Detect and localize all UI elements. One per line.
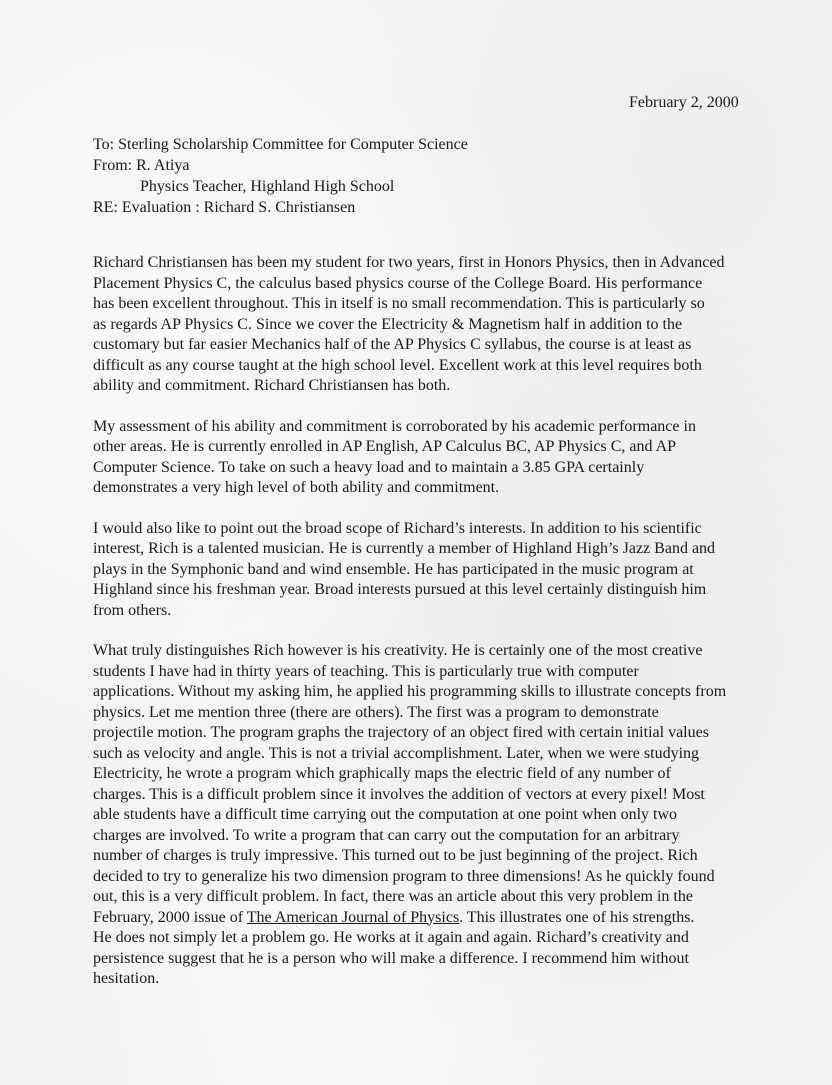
paragraph-line: decided to try to generalize his two dim… bbox=[93, 867, 753, 888]
paragraph-line: difficult as any course taught at the hi… bbox=[93, 356, 753, 377]
paragraph-line: from others. bbox=[93, 601, 753, 622]
journal-line-before: February, 2000 issue of bbox=[93, 909, 247, 926]
paragraph-line: charges. This is a difficult problem sin… bbox=[93, 785, 753, 806]
paragraph-line: Placement Physics C, the calculus based … bbox=[93, 274, 753, 295]
memo-from: From: R. Atiya bbox=[93, 155, 468, 176]
paragraph-line: What truly distinguishes Rich however is… bbox=[93, 641, 753, 662]
paragraph-line: Electricity, he wrote a program which gr… bbox=[93, 764, 753, 785]
paragraph-academics: My assessment of his ability and commitm… bbox=[93, 417, 753, 499]
letter-body: Richard Christiansen has been my student… bbox=[93, 253, 753, 1010]
paragraph-line: number of charges is truly impressive. T… bbox=[93, 846, 753, 867]
paragraph-line: He does not simply let a problem go. He … bbox=[93, 928, 753, 949]
journal-title: The American Journal of Physics bbox=[247, 909, 459, 926]
memo-from-title: Physics Teacher, Highland High School bbox=[93, 176, 468, 197]
paragraph-line: persistence suggest that he is a person … bbox=[93, 949, 753, 970]
paragraph-line: demonstrates a very high level of both a… bbox=[93, 478, 753, 499]
paragraph-line: Highland since his freshman year. Broad … bbox=[93, 580, 753, 601]
paragraph-line: plays in the Symphonic band and wind ens… bbox=[93, 560, 753, 581]
paragraph-line: customary but far easier Mechanics half … bbox=[93, 335, 753, 356]
memo-header: To: Sterling Scholarship Committee for C… bbox=[93, 134, 468, 218]
letter-page: February 2, 2000 To: Sterling Scholarshi… bbox=[0, 0, 832, 1085]
paragraph-line: other areas. He is currently enrolled in… bbox=[93, 437, 753, 458]
paragraph-interests: I would also like to point out the broad… bbox=[93, 519, 753, 622]
paragraph-line: out, this is a very difficult problem. I… bbox=[93, 887, 753, 908]
paragraph-performance: Richard Christiansen has been my student… bbox=[93, 253, 753, 397]
paragraph-line: interest, Rich is a talented musician. H… bbox=[93, 539, 753, 560]
paragraph-line: Richard Christiansen has been my student… bbox=[93, 253, 753, 274]
paragraph-line: applications. Without my asking him, he … bbox=[93, 682, 753, 703]
memo-re: RE: Evaluation : Richard S. Christiansen bbox=[93, 197, 468, 218]
journal-reference-line: February, 2000 issue of The American Jou… bbox=[93, 908, 753, 929]
paragraph-line: physics. Let me mention three (there are… bbox=[93, 703, 753, 724]
journal-line-after: . This illustrates one of his strengths. bbox=[459, 909, 694, 926]
paragraph-line: students I have had in thirty years of t… bbox=[93, 662, 753, 683]
paragraph-line: projectile motion. The program graphs th… bbox=[93, 723, 753, 744]
paragraph-line: charges are involved. To write a program… bbox=[93, 826, 753, 847]
paragraph-line: hesitation. bbox=[93, 969, 753, 990]
paragraph-line: My assessment of his ability and commitm… bbox=[93, 417, 753, 438]
paragraph-creativity: What truly distinguishes Rich however is… bbox=[93, 641, 753, 990]
paragraph-line: such as velocity and angle. This is not … bbox=[93, 744, 753, 765]
paragraph-line: able students have a difficult time carr… bbox=[93, 805, 753, 826]
paragraph-line: I would also like to point out the broad… bbox=[93, 519, 753, 540]
paragraph-line: Computer Science. To take on such a heav… bbox=[93, 458, 753, 479]
paragraph-line: has been excellent throughout. This in i… bbox=[93, 294, 753, 315]
memo-to: To: Sterling Scholarship Committee for C… bbox=[93, 134, 468, 155]
paragraph-line: ability and commitment. Richard Christia… bbox=[93, 376, 753, 397]
letter-date: February 2, 2000 bbox=[629, 93, 739, 113]
paragraph-line: as regards AP Physics C. Since we cover … bbox=[93, 315, 753, 336]
